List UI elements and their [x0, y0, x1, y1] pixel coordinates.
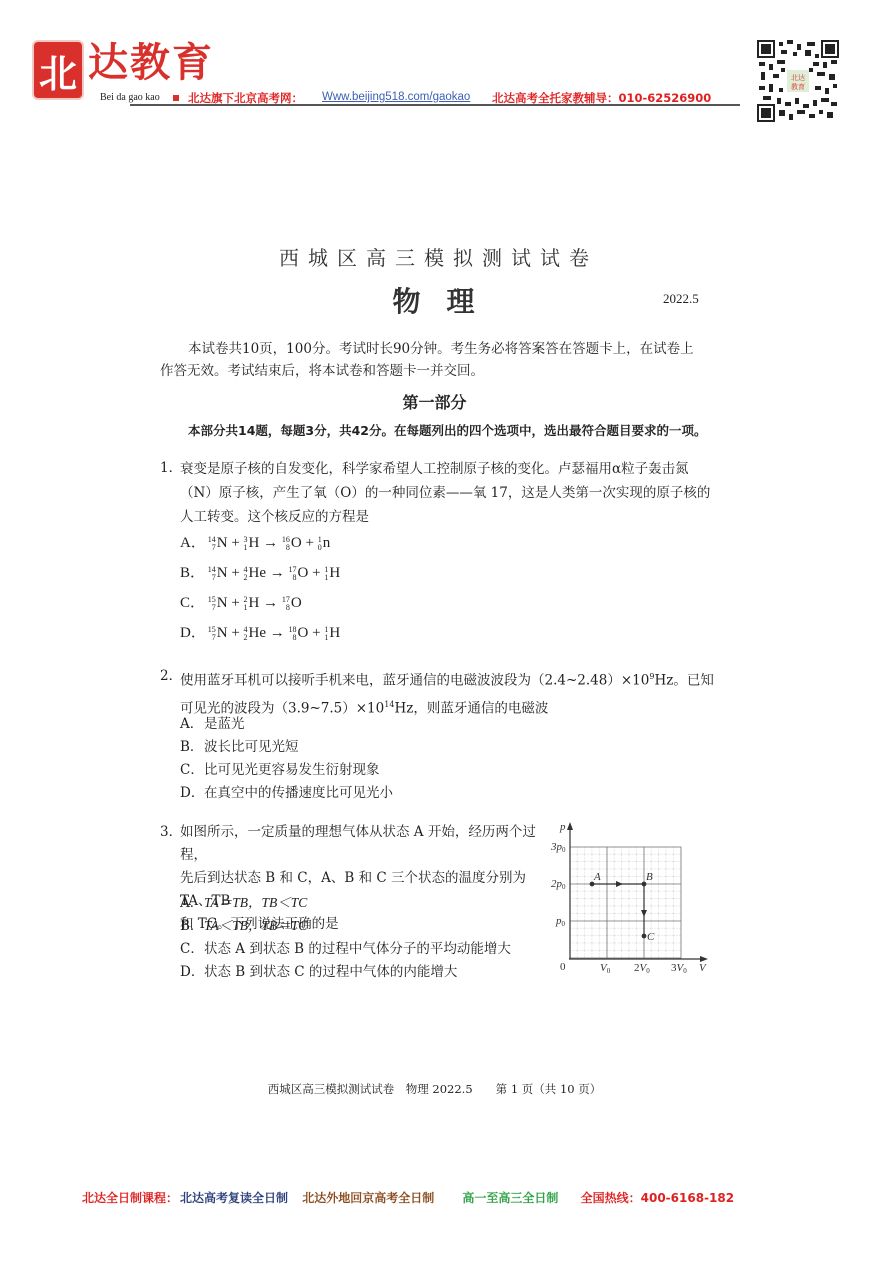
promo-bar: 北达全日制课程：北达高考复读全日制 北达外地回京高考全日制 高一至高三全日制 全…: [82, 1189, 734, 1206]
svg-text:3V0: 3V0: [671, 962, 687, 975]
exam-instructions: 本试卷共10页，100分。考试时长90分钟。考生务必将答案答在答题卡上，在试卷上…: [160, 338, 705, 382]
header-divider: [130, 104, 740, 106]
question-number: 2．: [160, 665, 182, 687]
option-label: D．: [180, 621, 204, 642]
question-number: 3．: [160, 821, 182, 843]
option-a[interactable]: A．TA＝TB，TB＜TC: [180, 891, 307, 911]
option-b[interactable]: B．TA＜TB，TB＝TC: [180, 914, 307, 934]
exam-subject: 物理: [0, 280, 869, 320]
question-stem-line: 可见光的波段为（3.9~7.5）×1014Hz，则蓝牙通信的电磁波: [180, 693, 715, 721]
question-stem-line: 使用蓝牙耳机可以接听手机来电，蓝牙通信的电磁波波段为（2.4~2.48）×109…: [180, 665, 715, 693]
pv-diagram: A B C p V 3p0 2p0 p0 V0 2V0 3V0 0: [548, 818, 718, 980]
exam-title: 西城区高三模拟测试试卷: [0, 242, 869, 271]
promo-item[interactable]: 高一至高三全日制: [462, 1191, 558, 1205]
section-description: 本部分共14题，每题3分，共42分。在每题列出的四个选项中，选出最符合题目要求的…: [160, 423, 715, 439]
hotline: 全国热线：400-6168-182: [581, 1191, 734, 1205]
logo-text: 达教育: [88, 38, 214, 88]
option-a[interactable]: A．是蓝光: [180, 712, 245, 732]
svg-text:北达: 北达: [791, 73, 805, 82]
option-b[interactable]: B． 147N + 42He → 178O + 11H: [180, 561, 340, 582]
option-c[interactable]: C．比可见光更容易发生衍射现象: [180, 758, 380, 778]
point-a-label: A: [593, 871, 601, 883]
section-title: 第一部分: [0, 390, 869, 413]
site-link[interactable]: Www.beijing518.com/gaokao: [322, 91, 470, 103]
point-c-label: C: [647, 931, 655, 943]
logo-mark: 北: [34, 42, 82, 98]
point-b-label: B: [646, 871, 653, 883]
option-c[interactable]: C． 157N + 21H → 178O: [180, 591, 302, 612]
brand-en: Bei da gao kao: [100, 92, 160, 103]
question-stem-line: 如图所示，一定质量的理想气体从状态 A 开始，经历两个过程，: [180, 821, 550, 867]
promo-label: 北达全日制课程：: [82, 1191, 178, 1205]
option-a[interactable]: A． 147N + 31H → 168O + 10n: [180, 531, 330, 552]
qr-code-icon: 北达 教育: [757, 40, 839, 122]
option-d[interactable]: D． 157N + 42He → 188O + 11H: [180, 621, 340, 642]
question-number: 1．: [160, 457, 182, 479]
page-footer: 西城区高三模拟测试试卷 物理 2022.5 第 1 页（共 10 页）: [0, 1081, 869, 1097]
option-label: B．: [180, 561, 204, 582]
question-1: 1． 衰变是原子核的自发变化，科学家希望人工控制原子核的变化。卢瑟福用α粒子轰击…: [160, 457, 715, 529]
option-c[interactable]: C．状态 A 到状态 B 的过程中气体分子的平均动能增大: [180, 937, 511, 957]
exam-date: 2022.5: [663, 291, 699, 307]
svg-text:教育: 教育: [791, 82, 805, 91]
origin-label: 0: [560, 961, 566, 973]
p-axis-label: p: [559, 821, 566, 833]
option-label: A．: [180, 531, 204, 552]
svg-text:3p0: 3p0: [550, 841, 566, 854]
question-stem: 衰变是原子核的自发变化，科学家希望人工控制原子核的变化。卢瑟福用α粒子轰击氮（N…: [180, 457, 715, 529]
option-b[interactable]: B．波长比可见光短: [180, 735, 299, 755]
bullet-icon: [173, 95, 179, 101]
option-d[interactable]: D．在真空中的传播速度比可见光小: [180, 781, 393, 801]
svg-text:p0: p0: [555, 915, 566, 928]
option-label: C．: [180, 591, 204, 612]
v-axis-label: V: [699, 962, 707, 974]
promo-item[interactable]: 北达外地回京高考全日制: [302, 1191, 434, 1205]
svg-text:2V0: 2V0: [634, 962, 650, 975]
promo-item[interactable]: 北达高考复读全日制: [180, 1191, 288, 1205]
svg-text:2p0: 2p0: [551, 878, 566, 891]
option-d[interactable]: D．状态 B 到状态 C 的过程中气体的内能增大: [180, 960, 457, 980]
svg-text:V0: V0: [600, 962, 611, 975]
